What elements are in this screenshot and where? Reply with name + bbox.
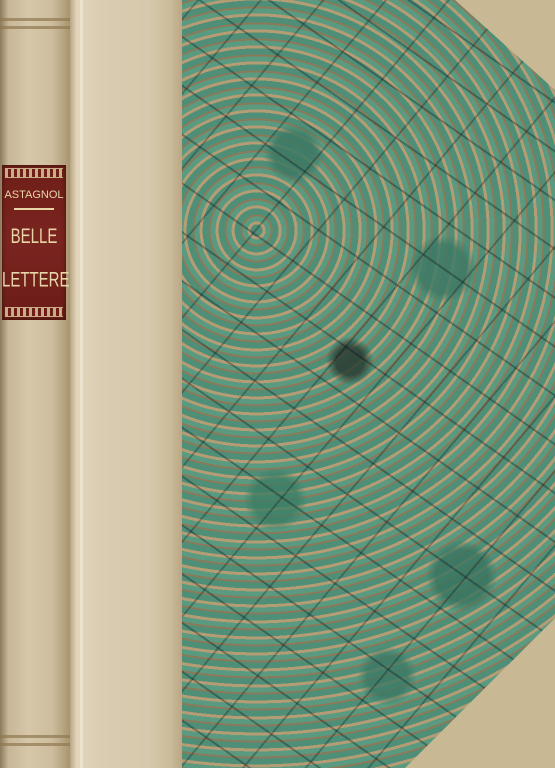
vellum-corner-bottom	[405, 618, 555, 768]
spine-band	[0, 26, 70, 29]
vellum-corner-top	[455, 0, 555, 90]
vellum-joint	[70, 0, 182, 768]
spine-title-label: ASTAGNOL BELLE LETTERE	[2, 165, 66, 320]
book-photo: ASTAGNOL BELLE LETTERE	[0, 0, 555, 768]
ornament-bottom	[5, 307, 63, 317]
title-text: BELLE LETTERE	[2, 215, 66, 302]
spine-band	[0, 743, 70, 746]
spine-band	[0, 18, 70, 21]
author-text: ASTAGNOL	[2, 189, 66, 201]
title-line-1: BELLE	[2, 215, 66, 258]
hinge-line	[80, 0, 83, 768]
title-line-2: LETTERE	[2, 258, 66, 301]
ornament-top	[5, 168, 63, 178]
book-spine: ASTAGNOL BELLE LETTERE	[0, 0, 70, 768]
label-rule	[14, 208, 54, 210]
spine-band	[0, 735, 70, 738]
